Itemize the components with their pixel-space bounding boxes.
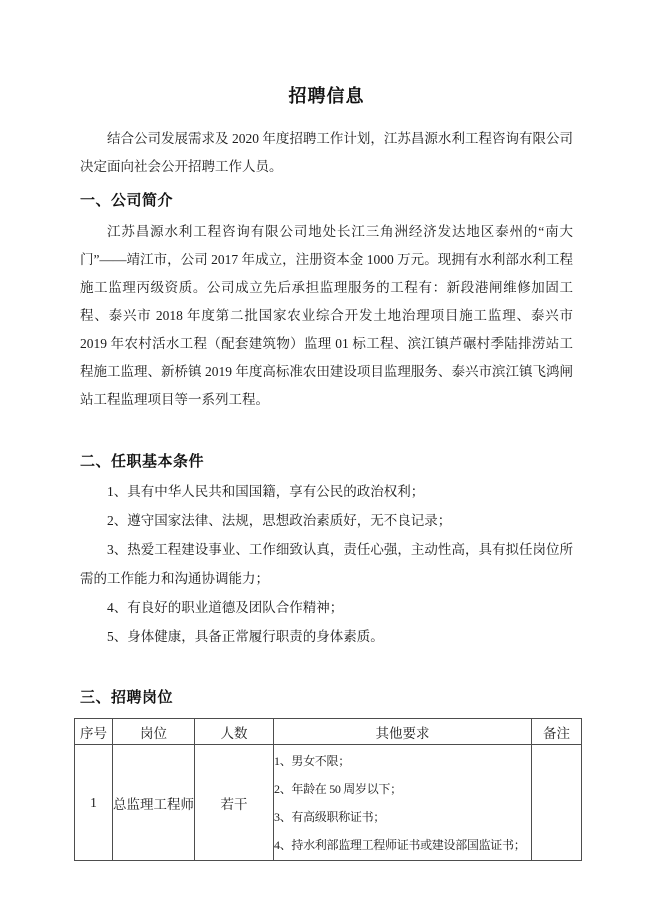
- table-header-row: 序号 岗位 人数 其他要求 备注: [75, 719, 582, 745]
- condition-item: 1、具有中华人民共和国国籍，享有公民的政治权利；: [80, 477, 573, 506]
- condition-item: 3、热爱工程建设事业、工作细致认真，责任心强，主动性高，具有拟任岗位所需的工作能…: [80, 535, 573, 593]
- intro-paragraph: 结合公司发展需求及 2020 年度招聘工作计划，江苏昌源水利工程咨询有限公司决定…: [80, 125, 573, 181]
- section-heading-basic-conditions: 二、任职基本条件: [80, 452, 573, 472]
- table-row: 1 总监理工程师 若干 1、男女不限； 2、年龄在 50 周岁以下； 3、有高级…: [75, 745, 582, 861]
- positions-table: 序号 岗位 人数 其他要求 备注 1 总监理工程师 若干 1、男女不限； 2、年…: [74, 718, 582, 861]
- column-header-count: 人数: [195, 719, 274, 745]
- column-header-note: 备注: [532, 719, 582, 745]
- cell-other-requirements: 1、男女不限； 2、年龄在 50 周岁以下； 3、有高级职称证书； 4、持水利部…: [274, 745, 532, 861]
- cell-note: [532, 745, 582, 861]
- cell-count: 若干: [195, 745, 274, 861]
- condition-item: 2、遵守国家法律、法规，思想政治素质好，无不良记录；: [80, 506, 573, 535]
- column-header-other-requirements: 其他要求: [274, 719, 532, 745]
- company-profile-paragraph: 江苏昌源水利工程咨询有限公司地处长江三角洲经济发达地区泰州的“南大门”——靖江市…: [80, 218, 573, 414]
- requirement-line: 2、年龄在 50 周岁以下；: [274, 775, 531, 803]
- section-heading-company-profile: 一、公司简介: [80, 191, 573, 211]
- cell-no: 1: [75, 745, 113, 861]
- document-page: 招聘信息 结合公司发展需求及 2020 年度招聘工作计划，江苏昌源水利工程咨询有…: [0, 0, 650, 919]
- cell-position: 总监理工程师: [113, 745, 195, 861]
- condition-item: 4、有良好的职业道德及团队合作精神；: [80, 593, 573, 622]
- requirement-line: 4、持水利部监理工程师证书或建设部国监证书；: [274, 831, 531, 859]
- document-content: 招聘信息 结合公司发展需求及 2020 年度招聘工作计划，江苏昌源水利工程咨询有…: [0, 0, 650, 861]
- document-title: 招聘信息: [80, 0, 573, 108]
- requirement-line: 3、有高级职称证书；: [274, 803, 531, 831]
- column-header-position: 岗位: [113, 719, 195, 745]
- column-header-no: 序号: [75, 719, 113, 745]
- requirement-line: 1、男女不限；: [274, 747, 531, 775]
- section-heading-recruitment-positions: 三、招聘岗位: [80, 688, 573, 708]
- conditions-list: 1、具有中华人民共和国国籍，享有公民的政治权利； 2、遵守国家法律、法规，思想政…: [80, 477, 573, 651]
- condition-item: 5、身体健康，具备正常履行职责的身体素质。: [80, 622, 573, 651]
